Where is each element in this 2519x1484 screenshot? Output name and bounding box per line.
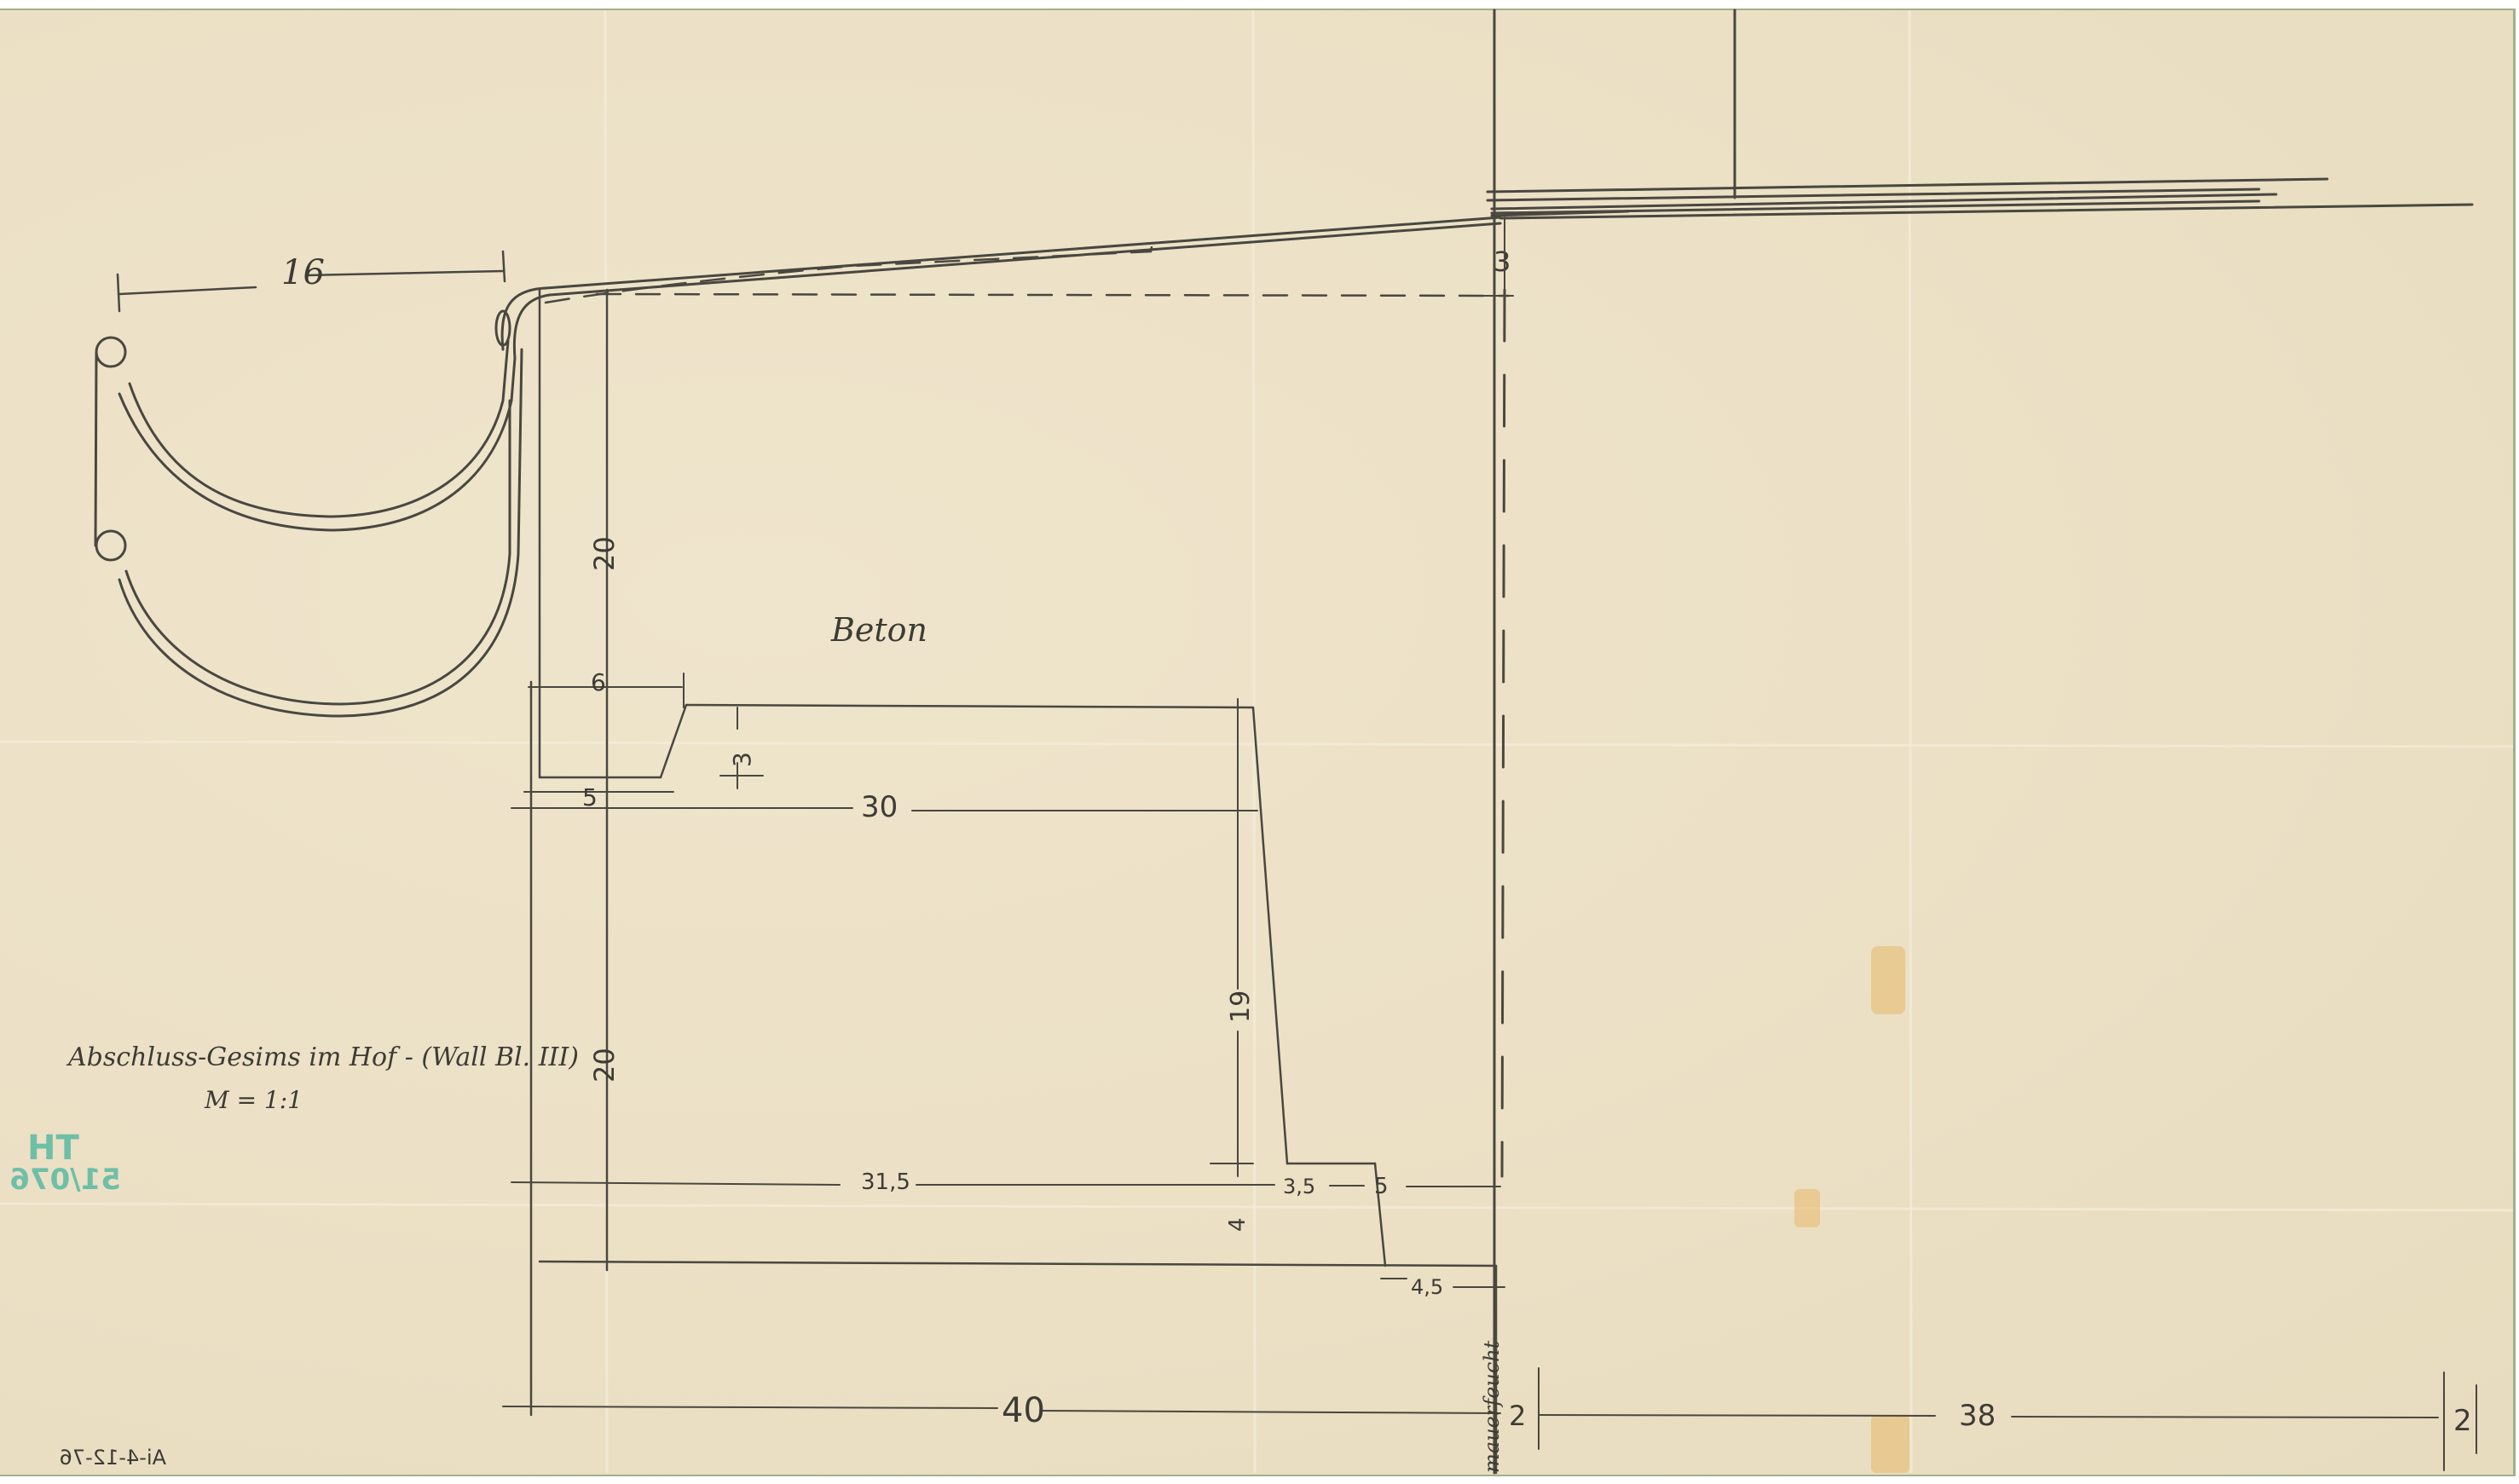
dim-label-20-upper: 20 [588,536,621,571]
dim-label-40: 40 [1002,1391,1045,1430]
roof-slope [546,10,2472,1473]
dimension-lines [503,217,2476,1470]
dim-label-3-5: 3,5 [1283,1175,1315,1198]
dim-label-2-right: 2 [2453,1404,2472,1438]
dim-label-38: 38 [1959,1399,1996,1433]
drawing-canvas: 16 3 [0,0,2519,1484]
dim-label-3-slope: 3 [1493,245,1511,278]
scale-note: M = 1:1 [204,1086,303,1114]
wall-face-dashed [1502,290,1505,1176]
title-note: Abschluss-Gesims im Hof - (Wall Bl. III) [66,1042,579,1072]
dim-label-19: 19 [1226,990,1256,1023]
dim-label-4-5: 4,5 [1411,1275,1443,1299]
dim-label-30: 30 [861,790,898,824]
stamp-line2: 51/076 [9,1163,121,1197]
corner-note: Ai-4-12-76 [60,1446,166,1470]
dim-label-4: 4 [1225,1217,1251,1232]
dim-label-2-left: 2 [1509,1400,1526,1432]
dim-label-6: 6 [591,668,606,696]
gutter-profile [95,288,550,716]
wall-label: mauerfeucht [1480,1340,1504,1473]
dim-label-20-lower: 20 [588,1048,621,1083]
material-label: Beton [830,611,927,649]
concrete-profile [531,290,1496,1473]
dim-label-16: 16 [281,253,325,292]
dim-label-3-step: 3 [728,752,756,767]
dim-label-5-base: 5 [582,783,598,811]
archive-stamp: HT 51/076 [9,1129,121,1197]
dim-label-31-5: 31,5 [861,1169,910,1195]
dim-label-5-end: 5 [1374,1174,1389,1199]
